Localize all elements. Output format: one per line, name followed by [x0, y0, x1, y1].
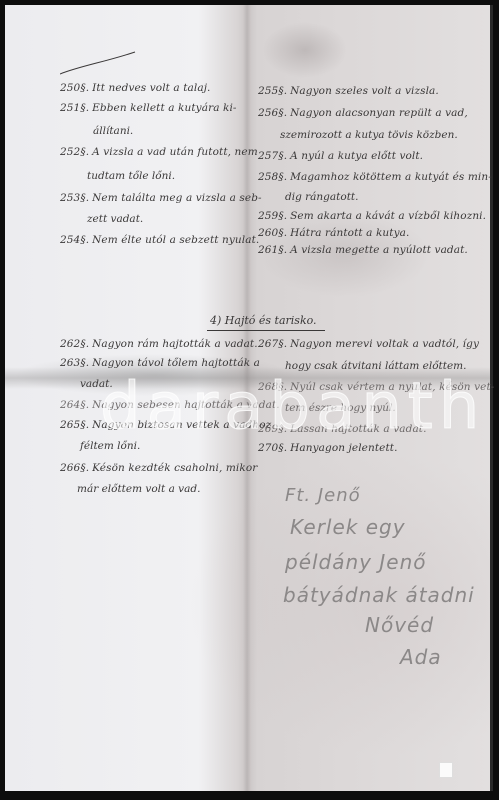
- entry-number: 267§.: [258, 338, 287, 350]
- entry-258-continuation: dig rángatott.: [285, 191, 358, 203]
- entry-text: A nyúl a kutya előtt volt.: [290, 150, 423, 162]
- tape-mark: [439, 762, 453, 778]
- entry-261: 261§.A vizsla megette a nyúlott vadat.: [258, 244, 468, 256]
- pencil-note-signature: Ada: [400, 645, 442, 669]
- entry-259: 259§.Sem akarta a kávát a vízből kihozni…: [258, 210, 486, 222]
- entry-number: 260§.: [258, 227, 287, 239]
- watermark: darabanth: [100, 370, 485, 444]
- entry-number: 258§.: [258, 171, 287, 183]
- pen-flourish-icon: [60, 50, 140, 76]
- pencil-note-line-4: bátyádnak átadni: [283, 583, 475, 607]
- entry-number: 264§.: [60, 399, 89, 411]
- entry-262: 262§.Nagyon rám hajtották a vadat.: [60, 338, 258, 350]
- entry-number: 250§.: [60, 82, 89, 94]
- paper-sheet: 250§.Itt nedves volt a talaj. 251§.Ebben…: [5, 5, 493, 791]
- entry-number: 252§.: [60, 146, 89, 158]
- entry-256-continuation: szemirozott a kutya tövis közben.: [280, 129, 458, 141]
- entry-text: Hátra rántott a kutya.: [290, 227, 409, 239]
- entry-text: A vizsla a vad után futott, nem: [92, 146, 258, 158]
- entry-252: 252§.A vizsla a vad után futott, nem: [60, 146, 258, 158]
- entry-text: Itt nedves volt a talaj.: [92, 82, 210, 94]
- entry-260: 260§.Hátra rántott a kutya.: [258, 227, 409, 239]
- pencil-note-line-1: Ft. Jenő: [285, 485, 361, 506]
- entry-267: 267§.Nagyon merevi voltak a vadtól, így: [258, 338, 479, 350]
- entry-text: A vizsla megette a nyúlott vadat.: [290, 244, 468, 256]
- entry-251-continuation: állítani.: [93, 125, 133, 137]
- entry-number: 257§.: [258, 150, 287, 162]
- pencil-note-line-5: Nővéd: [365, 613, 434, 637]
- entry-number: 265§.: [60, 419, 89, 431]
- entry-number: 255§.: [258, 85, 287, 97]
- entry-266-continuation: már előttem volt a vad.: [77, 483, 200, 495]
- entry-253: 253§.Nem találta meg a vizsla a seb-: [60, 192, 262, 204]
- entry-number: 254§.: [60, 234, 89, 246]
- entry-number: 253§.: [60, 192, 89, 204]
- entry-263: 263§.Nagyon távol tőlem hajtották a: [60, 357, 260, 369]
- entry-number: 263§.: [60, 357, 89, 369]
- document-frame: 250§.Itt nedves volt a talaj. 251§.Ebben…: [0, 0, 499, 800]
- section-heading: 4) Hajtó és tarisko.: [210, 314, 317, 327]
- entry-266: 266§.Késön kezdték csaholni, mikor: [60, 462, 257, 474]
- entry-text: Késön kezdték csaholni, mikor: [92, 462, 257, 474]
- pencil-note-line-2: Kerlek egy: [290, 515, 406, 539]
- entry-255: 255§.Nagyon szeles volt a vizsla.: [258, 85, 439, 97]
- pencil-note-line-3: példány Jenő: [285, 550, 427, 574]
- entry-253-continuation: zett vadat.: [87, 213, 143, 225]
- entry-number: 261§.: [258, 244, 287, 256]
- entry-252-continuation: tudtam tőle lőni.: [87, 170, 175, 182]
- entry-250: 250§.Itt nedves volt a talaj.: [60, 82, 211, 94]
- entry-number: 251§.: [60, 102, 89, 114]
- entry-text: Ebben kellett a kutyára ki-: [92, 102, 236, 114]
- entry-text: Nagyon alacsonyan repült a vad,: [290, 107, 468, 119]
- entry-number: 262§.: [60, 338, 89, 350]
- entry-text: Sem akarta a kávát a vízből kihozni.: [290, 210, 486, 222]
- entry-text: Nagyon szeles volt a vizsla.: [290, 85, 439, 97]
- entry-257: 257§.A nyúl a kutya előtt volt.: [258, 150, 423, 162]
- entry-256: 256§.Nagyon alacsonyan repült a vad,: [258, 107, 468, 119]
- entry-text: Nagyon távol tőlem hajtották a: [92, 357, 260, 369]
- entry-text: Nagyon merevi voltak a vadtól, így: [290, 338, 479, 350]
- entry-text: Nem élte utól a sebzett nyulat.: [92, 234, 259, 246]
- entry-number: 266§.: [60, 462, 89, 474]
- entry-text: Nagyon rám hajtották a vadat.: [92, 338, 258, 350]
- entry-number: 256§.: [258, 107, 287, 119]
- entry-text: Magamhoz kötöttem a kutyát és min-: [290, 171, 492, 183]
- heading-underline: [207, 330, 325, 331]
- entry-254: 254§.Nem élte utól a sebzett nyulat.: [60, 234, 259, 246]
- entry-251: 251§.Ebben kellett a kutyára ki-: [60, 102, 237, 114]
- entry-text: Nem találta meg a vizsla a seb-: [92, 192, 262, 204]
- entry-258: 258§.Magamhoz kötöttem a kutyát és min-: [258, 171, 492, 183]
- entry-number: 259§.: [258, 210, 287, 222]
